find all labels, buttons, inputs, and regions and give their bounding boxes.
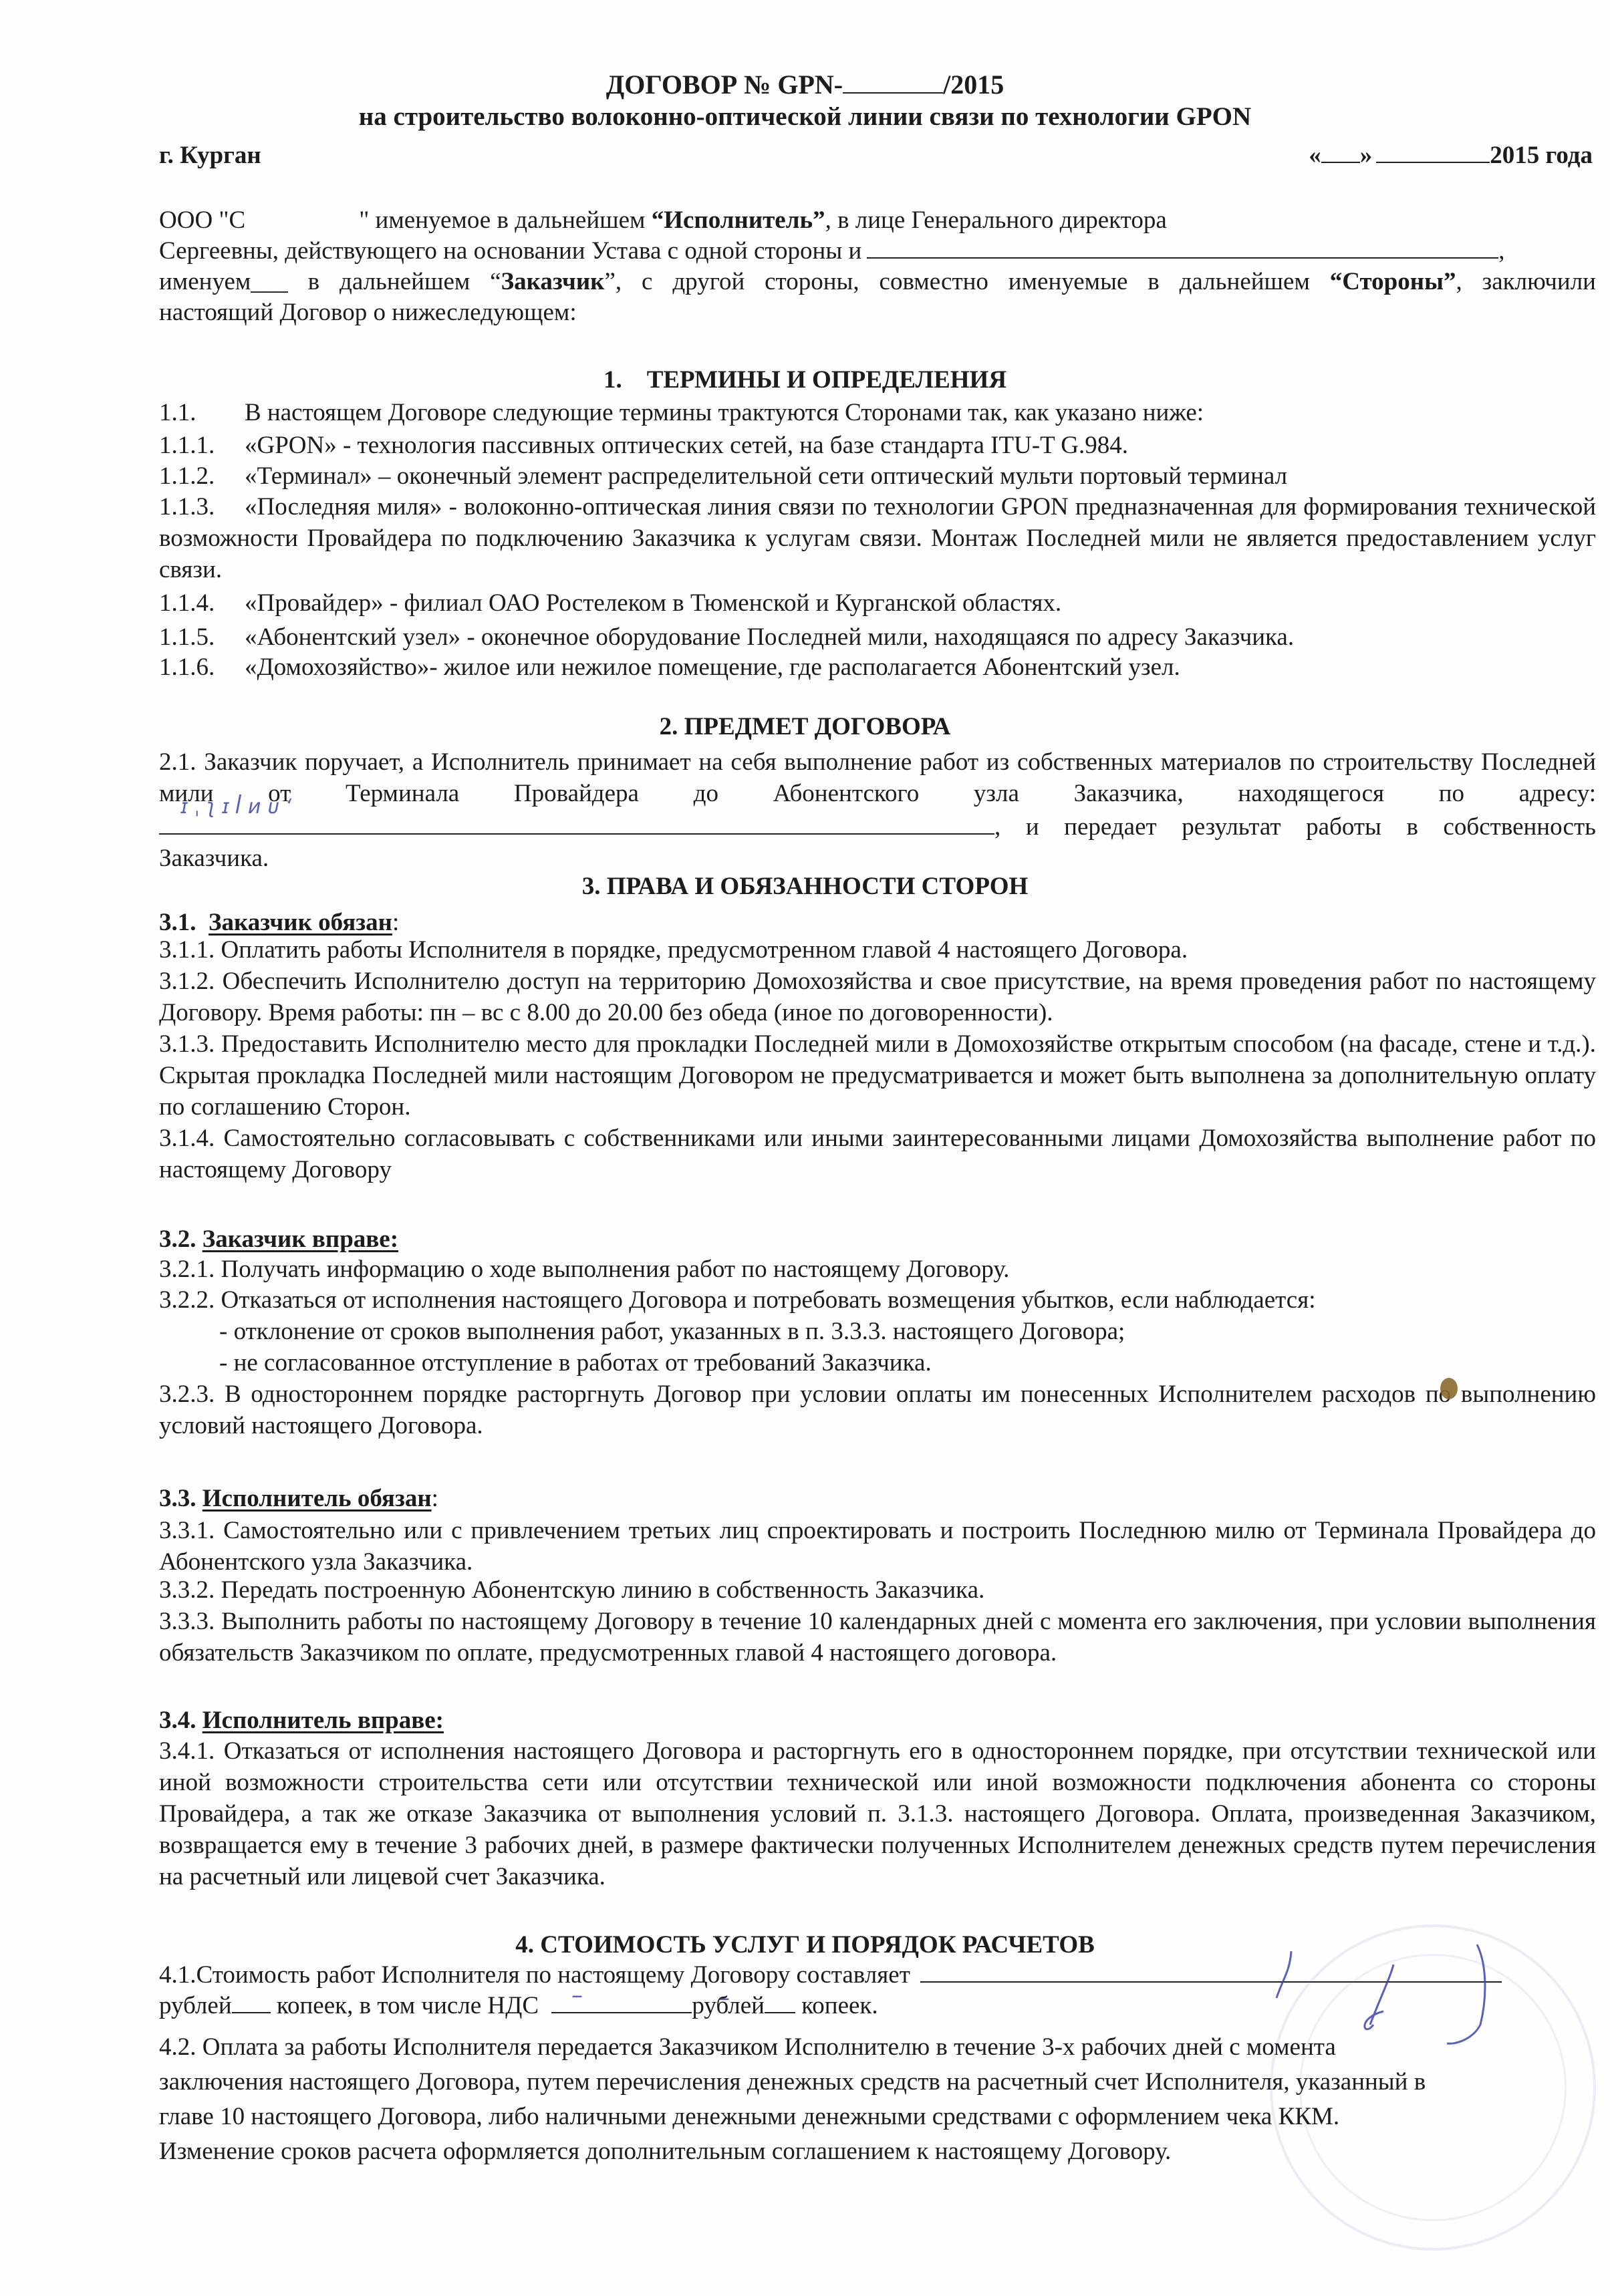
section-2-paragraph: 2.1. Заказчик поручает, а Исполнитель пр… bbox=[159, 746, 1596, 874]
term-parties: “Стороны” bbox=[1330, 268, 1456, 295]
item-number: 1.1.4. bbox=[159, 588, 245, 619]
section-1-item: 1.1.4.«Провайдер» - филиал ОАО Ростелеко… bbox=[159, 588, 1596, 619]
clause-3-3-1: 3.3.1. Самостоятельно или с привлечением… bbox=[159, 1515, 1596, 1578]
intro-text: " именуемое в дальнейшем bbox=[359, 206, 652, 234]
intro-line-1: ООО "С" именуемое в дальнейшем “Исполнит… bbox=[159, 205, 1596, 236]
clause-3-4-1: 3.4.1. Отказаться от исполнения настояще… bbox=[159, 1735, 1596, 1892]
clause-3-1-4: 3.1.4. Самостоятельно согласовывать с со… bbox=[159, 1123, 1596, 1185]
item-text: «Терминал» – оконечный элемент распредел… bbox=[245, 462, 1287, 490]
subsection-number: 3.2. bbox=[159, 1226, 196, 1253]
subsection-number: 3.1. bbox=[159, 909, 196, 936]
clause-text: 4.1.Стоимость работ Исполнителя по насто… bbox=[159, 1961, 910, 1989]
section-1-item: 1.1.5.«Абонентский узел» - оконечное обо… bbox=[159, 622, 1596, 653]
subsection-title: Исполнитель вправе: bbox=[203, 1707, 444, 1734]
section-1-item: 1.1.6.«Домохозяйство»- жилое или нежилое… bbox=[159, 652, 1596, 683]
date-year: 2015 года bbox=[1490, 142, 1593, 169]
city: г. Курган bbox=[159, 140, 261, 171]
document-title: ДОГОВОР № GPN-/2015 bbox=[0, 69, 1610, 100]
item-number: 1.1.1. bbox=[159, 430, 245, 461]
contract-number-field[interactable] bbox=[843, 72, 943, 94]
item-number: 1.1. bbox=[159, 398, 245, 428]
cost-kopecks-field[interactable] bbox=[232, 1992, 271, 2013]
subsection-3-3-heading: 3.3. Исполнитель обязан: bbox=[159, 1483, 1596, 1514]
subsection-title: Заказчик вправе: bbox=[203, 1226, 398, 1253]
handwritten-vat-dash: – bbox=[571, 1982, 583, 2009]
intro-text: именуем___ в дальнейшем “ bbox=[159, 268, 501, 295]
intro-line-2: Сергеевны, действующего на основании Уст… bbox=[159, 236, 1596, 267]
customer-name-field[interactable] bbox=[867, 237, 1498, 259]
clause-3-3-2: 3.3.2. Передать построенную Абонентскую … bbox=[159, 1575, 1596, 1606]
company-prefix: ООО "С bbox=[159, 206, 245, 234]
item-text: «Абонентский узел» - оконечное оборудова… bbox=[245, 623, 1294, 651]
paragraph-text: 2.1. Заказчик поручает, а Исполнитель пр… bbox=[159, 748, 1596, 807]
intro-text: Сергеевны, действующего на основании Уст… bbox=[159, 237, 861, 265]
item-number: 1.1.5. bbox=[159, 622, 245, 653]
section-3-heading: 3. ПРАВА И ОБЯЗАННОСТИ СТОРОН bbox=[0, 871, 1610, 902]
item-text: «Последняя миля» - волоконно-оптическая … bbox=[159, 493, 1596, 583]
clause-3-2-3: 3.2.3. В одностороннем порядке расторгну… bbox=[159, 1379, 1596, 1441]
handwritten-address: ɪ ˌ ʅ ɪ ꟾ ᴎ ᴜ ʻ bbox=[180, 795, 291, 819]
intro-text: ”, с другой стороны, совместно именуемые… bbox=[605, 268, 1330, 295]
ink-stain bbox=[1440, 1378, 1458, 1399]
quote-open: « bbox=[1309, 142, 1321, 169]
subsection-3-2-heading: 3.2. Заказчик вправе: bbox=[159, 1224, 1596, 1255]
section-1-item: 1.1.В настоящем Договоре следующие терми… bbox=[159, 398, 1596, 428]
item-text: «Домохозяйство»- жилое или нежилое помещ… bbox=[245, 654, 1180, 681]
clause-text: копеек. bbox=[801, 1992, 878, 2019]
term-executor: “Исполнитель” bbox=[652, 206, 825, 234]
bullet-item: - не согласованное отступление в работах… bbox=[159, 1348, 1610, 1379]
document-subtitle: на строительство волоконно-оптической ли… bbox=[0, 102, 1610, 132]
clause-3-1-2: 3.1.2. Обеспечить Исполнителю доступ на … bbox=[159, 966, 1596, 1028]
section-1-item: 1.1.3.«Последняя миля» - волоконно-оптич… bbox=[159, 491, 1596, 585]
subsection-title: Заказчик обязан bbox=[209, 909, 392, 936]
quote-close: » bbox=[1360, 142, 1373, 169]
section-1-item: 1.1.1.«GPON» - технология пассивных опти… bbox=[159, 430, 1596, 461]
title-suffix: /2015 bbox=[943, 69, 1004, 100]
contract-date: «»2015 года bbox=[1309, 140, 1593, 171]
document-page: ДОГОВОР № GPN-/2015 на строительство вол… bbox=[0, 0, 1610, 2296]
clause-text: копеек, в том числе НДС bbox=[277, 1992, 539, 2019]
subsection-title: Исполнитель обязан bbox=[203, 1485, 432, 1512]
handwritten-vat-kop-dash: – bbox=[718, 1985, 730, 2011]
subsection-3-1-heading: 3.1. Заказчик обязан: bbox=[159, 907, 1596, 938]
title-prefix: ДОГОВОР № GPN- bbox=[606, 69, 843, 100]
intro-text: , заключили bbox=[1456, 268, 1596, 295]
term-customer: Заказчик bbox=[501, 268, 605, 295]
vat-kopecks-field[interactable] bbox=[765, 1992, 795, 2013]
intro-paragraph: ООО "С" именуемое в дальнейшем “Исполнит… bbox=[159, 205, 1596, 328]
subsection-number: 3.3. bbox=[159, 1485, 196, 1512]
clause-text: рублей bbox=[159, 1992, 232, 2019]
intro-line-3: именуем___ в дальнейшем “Заказчик”, с др… bbox=[159, 267, 1596, 297]
item-number: 1.1.2. bbox=[159, 461, 245, 492]
signature-scribble bbox=[1256, 1938, 1604, 2071]
subsection-3-4-heading: 3.4. Исполнитель вправе: bbox=[159, 1705, 1596, 1736]
date-month-field[interactable] bbox=[1376, 142, 1490, 163]
item-text: «Провайдер» - филиал ОАО Ростелеком в Тю… bbox=[245, 589, 1061, 617]
section-1-item: 1.1.2.«Терминал» – оконечный элемент рас… bbox=[159, 461, 1596, 492]
clause-3-1-1: 3.1.1. Оплатить работы Исполнителя в пор… bbox=[159, 935, 1596, 966]
intro-text: , в лице Генерального директора bbox=[825, 206, 1167, 234]
item-text: «GPON» - технология пассивных оптических… bbox=[245, 432, 1128, 459]
clause-3-3-3: 3.3.3. Выполнить работы по настоящему До… bbox=[159, 1606, 1596, 1669]
item-text: В настоящем Договоре следующие термины т… bbox=[245, 399, 1204, 426]
item-number: 1.1.3. bbox=[159, 491, 245, 523]
item-number: 1.1.6. bbox=[159, 652, 245, 683]
section-1-heading: 1. ТЕРМИНЫ И ОПРЕДЕЛЕНИЯ bbox=[0, 365, 1610, 396]
city-date-row: г. Курган «»2015 года bbox=[159, 140, 1593, 171]
clause-3-2-1: 3.2.1. Получать информацию о ходе выполн… bbox=[159, 1254, 1596, 1285]
bullet-item: - отклонение от сроков выполнения работ,… bbox=[159, 1316, 1610, 1347]
clause-3-2-2: 3.2.2. Отказаться от исполнения настояще… bbox=[159, 1285, 1596, 1316]
date-day-field[interactable] bbox=[1321, 142, 1360, 163]
section-2-heading: 2. ПРЕДМЕТ ДОГОВОРА bbox=[0, 712, 1610, 742]
intro-line-4: настоящий Договор о нижеследующем: bbox=[159, 297, 1596, 328]
subsection-number: 3.4. bbox=[159, 1707, 196, 1734]
clause-3-1-3: 3.1.3. Предоставить Исполнителю место дл… bbox=[159, 1028, 1596, 1123]
